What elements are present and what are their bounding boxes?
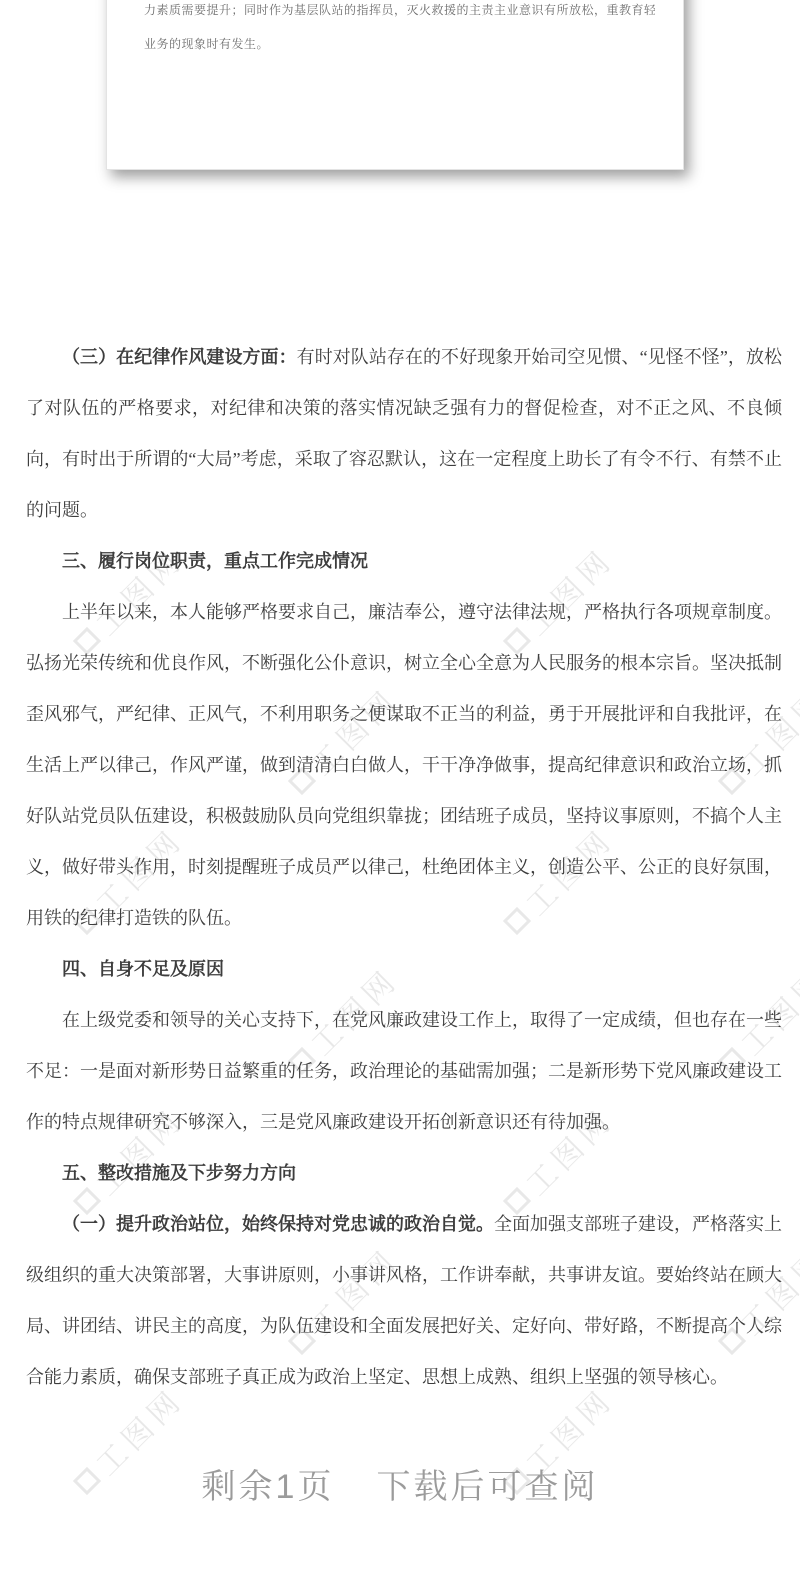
document-paragraph: 在上级党委和领导的关心支持下，在党风廉政建设工作上，取得了一定成绩，但也存在一些…	[26, 995, 782, 1148]
document-preview-page: 工图网工图网工图网工图网工图网工图网工图网工图网工图网工图网工图网工图网工图网工…	[0, 0, 800, 1570]
paragraph-text: 五、整改措施及下步努力方向	[62, 1163, 296, 1183]
preview-card-line: 业务的现象时有发生。	[144, 27, 655, 61]
remaining-pages-label: 剩余1页	[202, 1464, 335, 1510]
paragraph-text: 在上级党委和领导的关心支持下，在党风廉政建设工作上，取得了一定成绩，但也存在一些…	[26, 1010, 782, 1132]
document-paragraph: 上半年以来，本人能够严格要求自己，廉洁奉公，遵守法律法规，严格执行各项规章制度。…	[26, 587, 782, 944]
document-body: （三）在纪律作风建设方面：有时对队站存在的不好现象开始司空见惯、“见怪不怪”，放…	[26, 332, 782, 1403]
section-heading: 三、履行岗位职责，重点工作完成情况	[26, 536, 782, 587]
paragraph-text: 有时对队站存在的不好现象开始司空见惯、“见怪不怪”，放松了对队伍的严格要求，对纪…	[26, 347, 782, 520]
remaining-pages-notice: 剩余1页 下载后可查阅	[0, 1464, 800, 1510]
paragraph-lead: （三）在纪律作风建设方面：	[62, 347, 297, 367]
download-hint-label: 下载后可查阅	[376, 1464, 598, 1510]
paragraph-text: 四、自身不足及原因	[62, 959, 224, 979]
paragraph-text: 三、履行岗位职责，重点工作完成情况	[62, 551, 368, 571]
paragraph-text: 上半年以来，本人能够严格要求自己，廉洁奉公，遵守法律法规，严格执行各项规章制度。…	[26, 602, 782, 928]
section-heading: 五、整改措施及下步努力方向	[26, 1148, 782, 1199]
previous-page-card: 力素质需要提升；同时作为基层队站的指挥员，灭火救援的主责主业意识有所放松，重教育…	[106, 0, 684, 170]
paragraph-lead: （一）提升政治站位，始终保持对党忠诚的政治自觉。	[62, 1214, 494, 1234]
section-heading: 四、自身不足及原因	[26, 944, 782, 995]
document-paragraph: （三）在纪律作风建设方面：有时对队站存在的不好现象开始司空见惯、“见怪不怪”，放…	[26, 332, 782, 536]
preview-card-line: 力素质需要提升；同时作为基层队站的指挥员，灭火救援的主责主业意识有所放松，重教育…	[144, 0, 655, 27]
paragraph-text: 全面加强支部班子建设，严格落实上级组织的重大决策部署，大事讲原则，小事讲风格，工…	[26, 1214, 782, 1387]
previous-page-text: 力素质需要提升；同时作为基层队站的指挥员，灭火救援的主责主业意识有所放松，重教育…	[107, 0, 683, 61]
document-paragraph: （一）提升政治站位，始终保持对党忠诚的政治自觉。全面加强支部班子建设，严格落实上…	[26, 1199, 782, 1403]
